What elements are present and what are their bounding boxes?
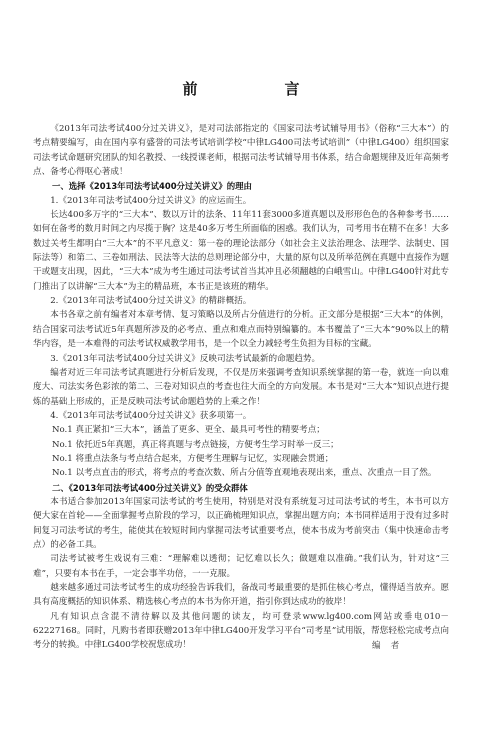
item-body: 编者对近三年司法考试真题进行分析后发现，不仅是历来强调考查知识系统掌握的第一卷，…: [33, 366, 449, 409]
section-heading-1: 一、选择《2013年司法考试400分过关讲义》的理由: [33, 179, 449, 193]
intro-paragraph: 《2013年司法考试400分过关讲义》，是对司法部指定的《国家司法考试辅导用书》…: [33, 122, 449, 179]
list-item: No.1 依托近5年真题，真正将真题与考点链接，方便考生学习时举一反三；: [33, 438, 449, 452]
list-item: No.1 以考点直击的形式，将考点的考查次数、所占分值等直观地表现出来，重点、次…: [33, 466, 449, 480]
list-item: No.1 将重点法条与考点结合起来，方便考生理解与记忆，实现融会贯通；: [33, 452, 449, 466]
item-title: 4.《2013年司法考试400分过关讲义》获多项第一。: [33, 409, 449, 423]
list-item: No.1 真正紧扣“三大本”，涵盖了更多、更全、最具可考性的精要考点；: [33, 423, 449, 437]
section-heading-2: 二、《2013年司法考试400分过关讲义》的受众群体: [33, 481, 449, 495]
item-title: 3.《2013年司法考试400分过关讲义》反映司法考试最新的命题趋势。: [33, 352, 449, 366]
body-paragraph: 司法考试被考生戏说有三难：“理解难以透彻；记忆难以长久；做题难以准确。”我们认为…: [33, 552, 449, 581]
item-title: 2.《2013年司法考试400分过关讲义》的精辟概括。: [33, 294, 449, 308]
item-body: 本书各章之前有编者对本章考情、复习策略以及所占分值进行的分析。正文部分是根据“三…: [33, 308, 449, 351]
body-paragraph: 本书适合参加2013年国家司法考试的考生使用，特别是对没有系统复习过司法考试的考…: [33, 495, 449, 552]
preface-body: 《2013年司法考试400分过关讲义》，是对司法部指定的《国家司法考试辅导用书》…: [33, 122, 449, 653]
item-body: 长达400多万字的“三大本”、数以万计的法条、11年11套3000多道真题以及形…: [33, 208, 449, 294]
signature: 编者: [372, 639, 409, 651]
body-paragraph: 越来越多通过司法考试考生的成功经验告诉我们，备战司考最重要的是抓住核心考点，懂得…: [33, 581, 449, 610]
item-title: 1.《2013年司法考试400分过关讲义》的应运而生。: [33, 194, 449, 208]
page-title: 前 言: [33, 78, 449, 99]
